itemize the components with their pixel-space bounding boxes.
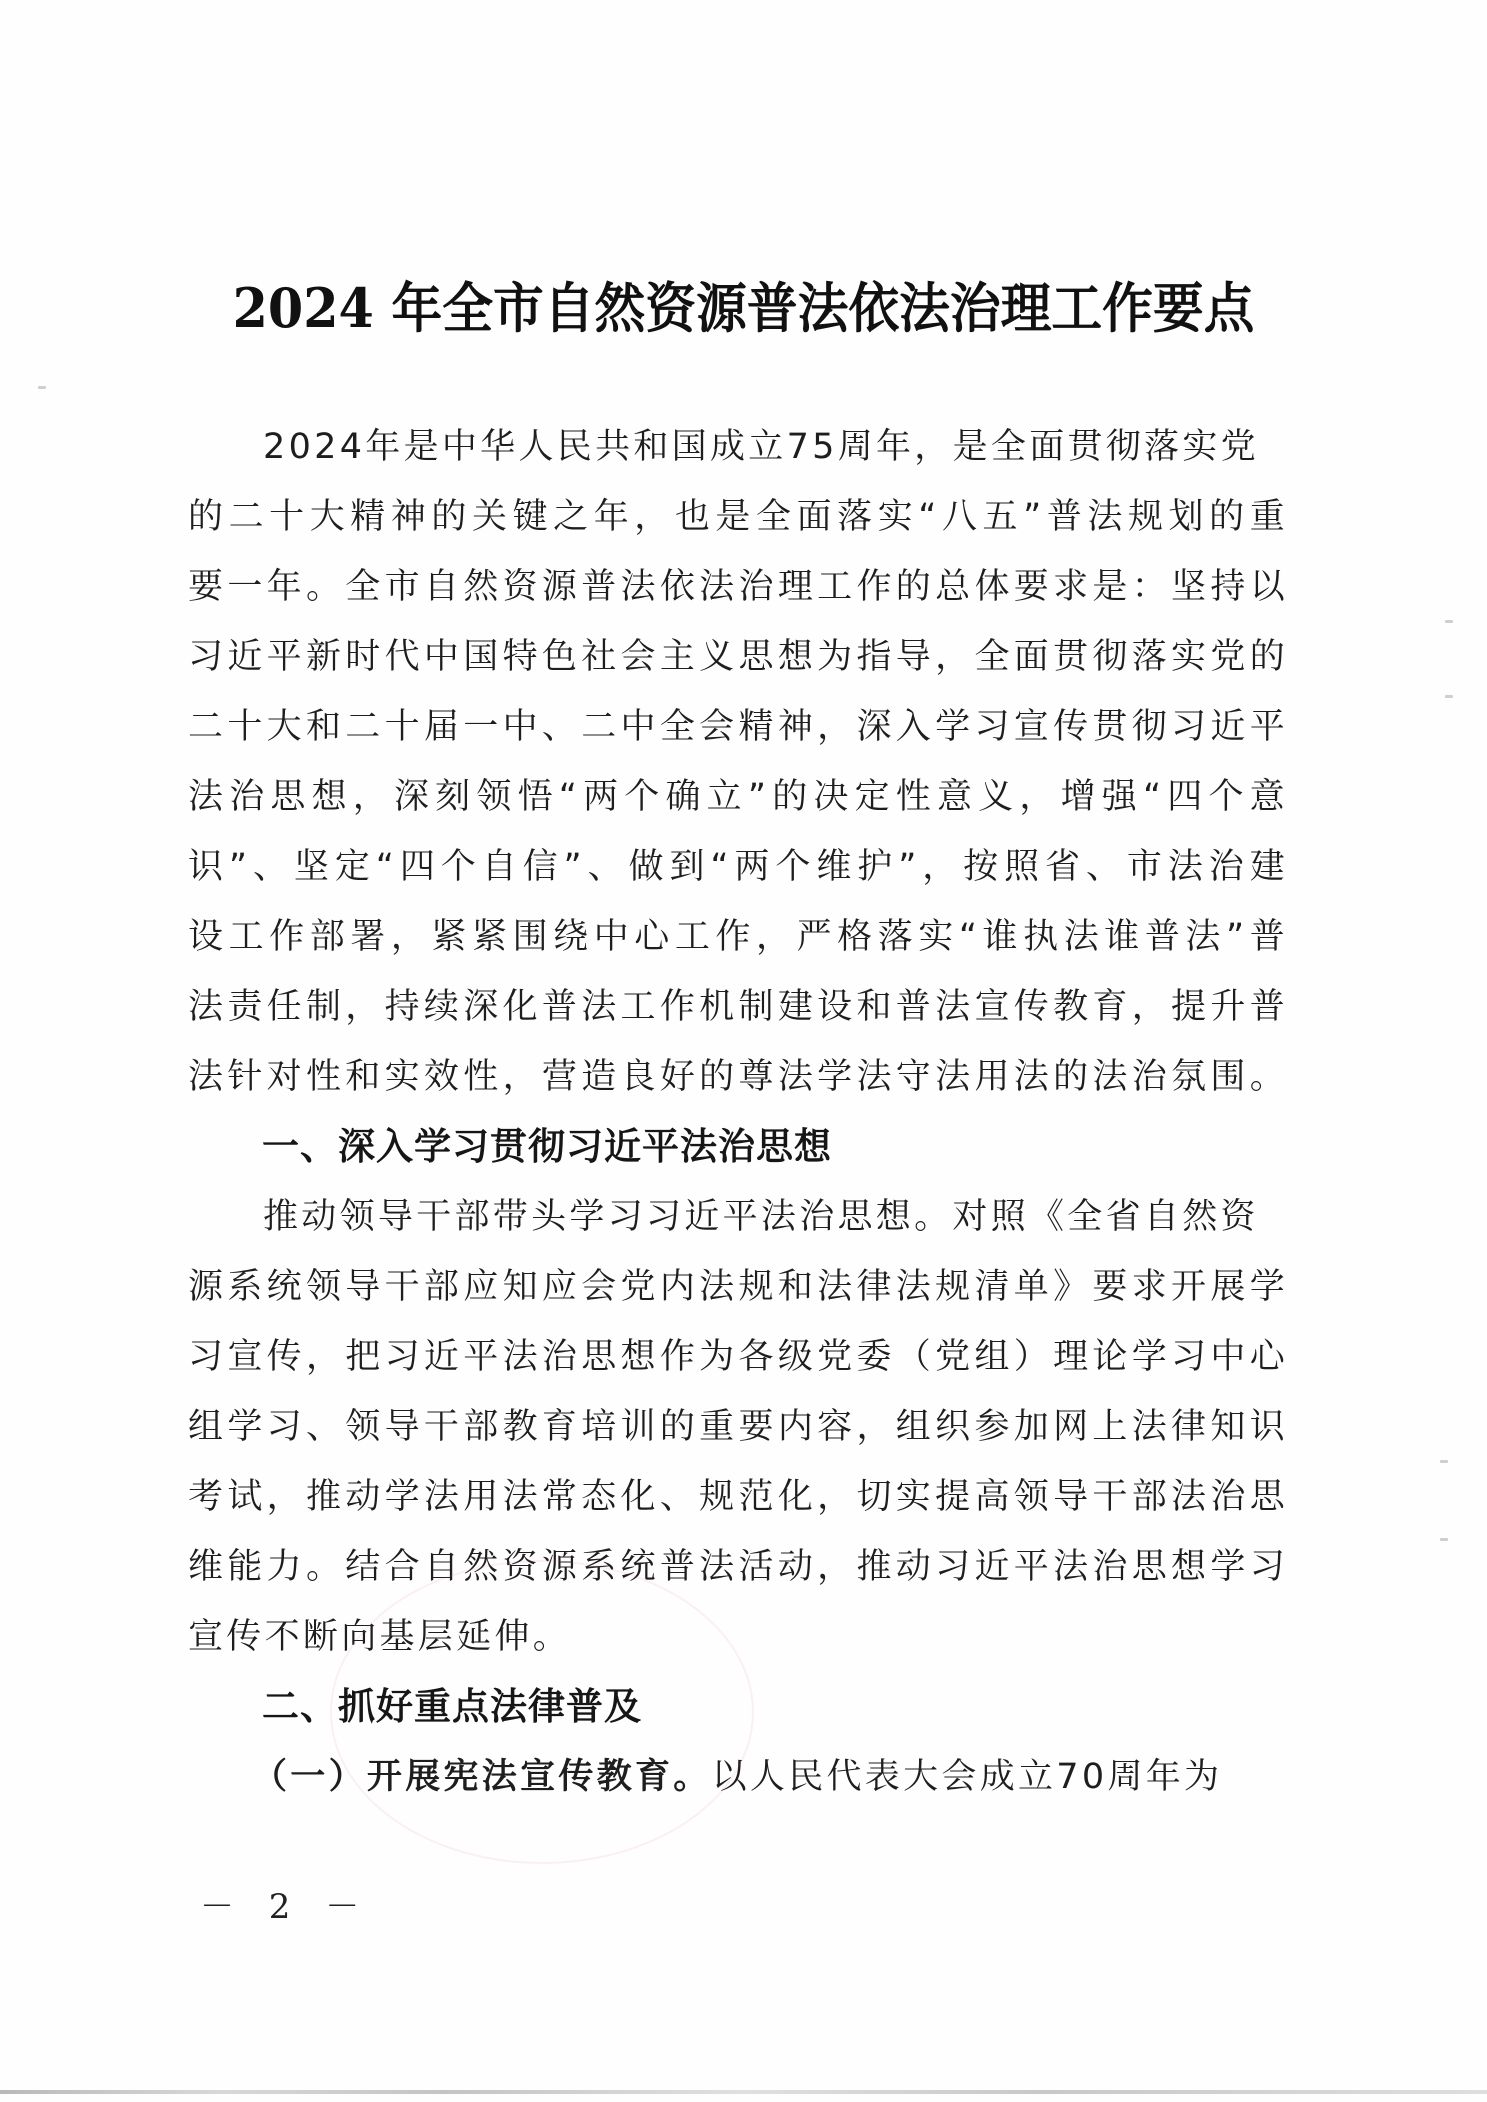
paragraph-1-line: 设工作部署，紧紧围绕中心工作，严格落实“谁执法谁普法”普 xyxy=(188,902,1288,972)
paragraph-1-line: 识”、坚定“四个自信”、做到“两个维护”，按照省、市法治建 xyxy=(188,832,1288,902)
paragraph-2-line: 源系统领导干部应知应会党内法规和法律法规清单》要求开展学 xyxy=(188,1252,1288,1322)
paragraph-1-line: 二十大和二十届一中、二中全会精神，深入学习宣传贯彻习近平 xyxy=(188,692,1288,762)
paragraph-1-line: 习近平新时代中国特色社会主义思想为指导，全面贯彻落实党的 xyxy=(188,622,1288,692)
subsection-line: （一）开展宪法宣传教育。以人民代表大会成立70周年为 xyxy=(252,1742,1288,1812)
scan-bottom-edge xyxy=(0,2090,1487,2094)
document-page: 2024 年全市自然资源普法依法治理工作要点 2024年是中华人民共和国成立75… xyxy=(0,0,1487,2102)
paragraph-2-line: 习宣传，把习近平法治思想作为各级党委（党组）理论学习中心 xyxy=(188,1322,1288,1392)
section-heading-2: 二、抓好重点法律普及 xyxy=(262,1672,642,1742)
paragraph-2-line: 宣传不断向基层延伸。 xyxy=(188,1602,1288,1672)
paragraph-2-line: 组学习、领导干部教育培训的重要内容，组织参加网上法律知识 xyxy=(188,1392,1288,1462)
paragraph-1-line: 2024年是中华人民共和国成立75周年，是全面贯彻落实党 xyxy=(263,412,1288,482)
paragraph-2-line: 推动领导干部带头学习习近平法治思想。对照《全省自然资 xyxy=(263,1182,1288,1252)
scan-speck xyxy=(1440,1460,1448,1463)
subsection-text: 以人民代表大会成立70周年为 xyxy=(712,1757,1223,1797)
paragraph-2-line: 维能力。结合自然资源系统普法活动，推动习近平法治思想学习 xyxy=(188,1532,1288,1602)
paragraph-1-line: 要一年。全市自然资源普法依法治理工作的总体要求是：坚持以 xyxy=(188,552,1288,622)
scan-speck xyxy=(1445,620,1453,623)
subsection-heading: （一）开展宪法宣传教育。 xyxy=(252,1757,712,1797)
document-title: 2024 年全市自然资源普法依法治理工作要点 xyxy=(45,262,1443,354)
paragraph-2-line: 考试，推动学法用法常态化、规范化，切实提高领导干部法治思 xyxy=(188,1462,1288,1532)
page-number: － 2 － xyxy=(200,1885,371,1929)
paragraph-1-line: 法治思想，深刻领悟“两个确立”的决定性意义，增强“四个意 xyxy=(188,762,1288,832)
paragraph-1-line: 法针对性和实效性，营造良好的尊法学法守法用法的法治氛围。 xyxy=(188,1042,1288,1112)
paragraph-1-line: 法责任制，持续深化普法工作机制建设和普法宣传教育，提升普 xyxy=(188,972,1288,1042)
paragraph-1-line: 的二十大精神的关键之年，也是全面落实“八五”普法规划的重 xyxy=(188,482,1288,552)
scan-speck xyxy=(38,386,46,389)
scan-speck xyxy=(1440,1538,1448,1541)
section-heading-1: 一、深入学习贯彻习近平法治思想 xyxy=(262,1112,832,1182)
scan-speck xyxy=(1445,695,1453,698)
